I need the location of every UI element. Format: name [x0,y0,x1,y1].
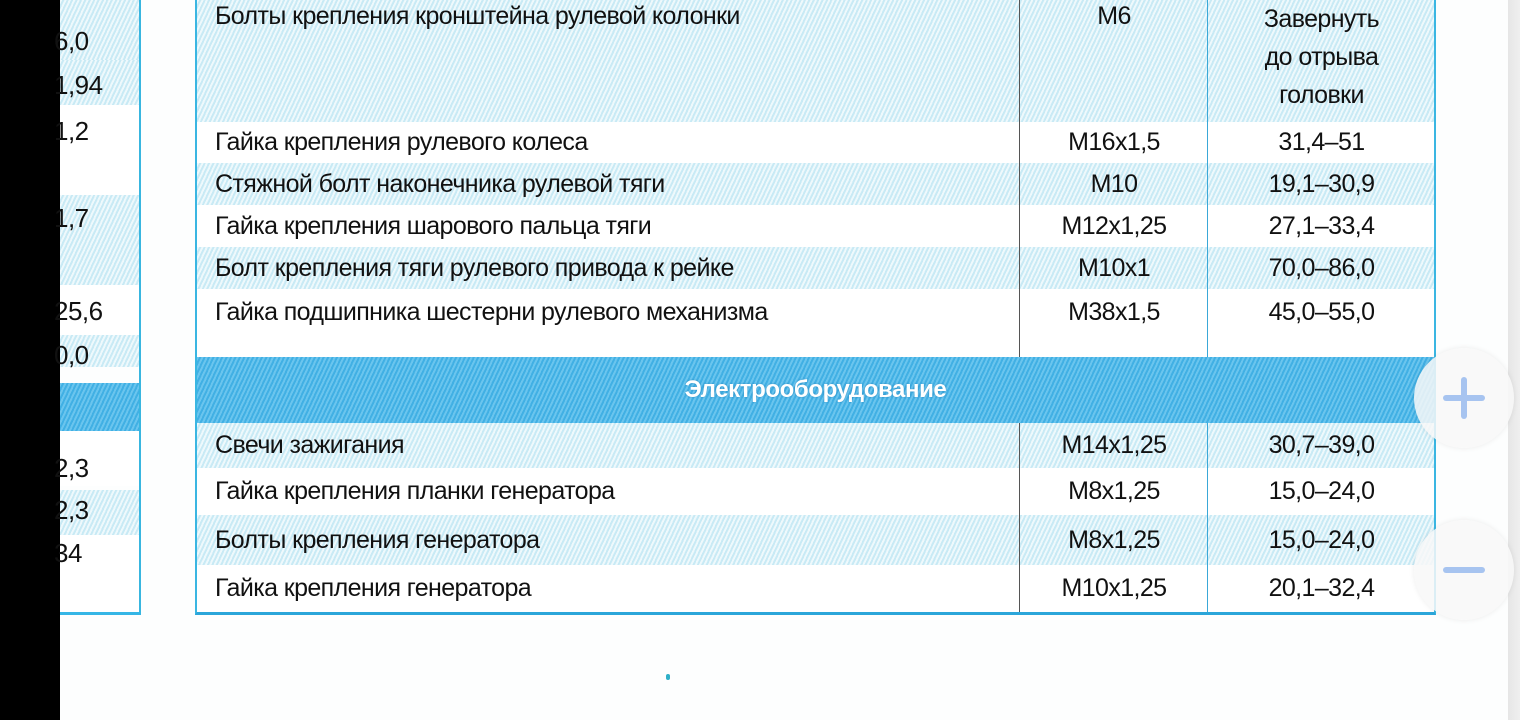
section-header-electrical: Электрооборудование [197,357,1434,423]
table-row: Гайка крепления планки генератора М8х1,2… [197,468,1434,515]
thread-size: М12х1,25 [1019,205,1208,247]
torque-value: 70,0–86,0 [1207,247,1435,289]
zoom-out-button[interactable] [1414,520,1514,620]
left-partial-table: 6,0 1,94 1,2 1,7 25,6 0,0 2,3 2,3 34 [60,0,141,615]
part-name: Свечи зажигания [215,423,1015,468]
torque-table: Болты крепления кронштейна рулевой колон… [195,0,1436,615]
torque-value: 15,0–24,0 [1207,468,1435,515]
table-row: Стяжной болт наконечника рулевой тяги М1… [197,163,1434,205]
table-row: Гайка крепления шарового пальца тяги М12… [197,205,1434,247]
thread-size: М10 [1019,163,1208,205]
part-name: Гайка крепления шарового пальца тяги [215,205,1015,247]
thread-size: М16х1,5 [1019,122,1208,163]
thread-size: М10х1,25 [1019,565,1208,612]
torque-line: головки [1279,76,1364,114]
table-row: Болты крепления генератора М8х1,25 15,0–… [197,515,1434,565]
table-row: Болты крепления кронштейна рулевой колон… [197,0,1434,122]
torque-value: Завернуть до отрыва головки [1207,0,1435,122]
print-speck [666,674,670,680]
part-name: Гайка крепления планки генератора [215,468,1015,515]
black-letterbox [0,0,60,720]
part-name: Стяжной болт наконечника рулевой тяги [215,163,1015,205]
torque-value: 30,7–39,0 [1207,423,1435,468]
torque-value: 27,1–33,4 [1207,205,1435,247]
torque-value: 19,1–30,9 [1207,163,1435,205]
zoom-in-button[interactable] [1414,348,1514,448]
table-row: Гайка крепления генератора М10х1,25 20,1… [197,565,1434,612]
part-name: Гайка подшипника шестерни рулевого механ… [215,289,1015,335]
torque-value: 31,4–51 [1207,122,1435,163]
plus-icon [1443,377,1485,419]
table-row: Болт крепления тяги рулевого привода к р… [197,247,1434,289]
torque-line: до отрыва [1265,38,1379,76]
part-name: Болты крепления кронштейна рулевой колон… [215,0,1015,124]
part-name: Болты крепления генератора [215,515,1015,565]
torque-line: Завернуть [1264,0,1379,38]
scrollbar-edge[interactable] [1508,0,1520,720]
table-row: Свечи зажигания М14х1,25 30,7–39,0 [197,423,1434,468]
part-name: Гайка крепления генератора [215,565,1015,612]
torque-value: 15,0–24,0 [1207,515,1435,565]
thread-size: М10х1 [1019,247,1208,289]
torque-value: 20,1–32,4 [1207,565,1435,612]
thread-size: М6 [1019,0,1208,124]
table-row: Гайка крепления рулевого колеса М16х1,5 … [197,122,1434,163]
torque-value: 45,0–55,0 [1207,289,1435,357]
section-title: Электрооборудование [197,357,1434,423]
part-name: Гайка крепления рулевого колеса [215,122,1015,163]
thread-size: М14х1,25 [1019,423,1208,468]
table-row: Гайка подшипника шестерни рулевого механ… [197,289,1434,357]
minus-icon [1443,567,1485,573]
thread-size: М8х1,25 [1019,468,1208,515]
part-name: Болт крепления тяги рулевого привода к р… [215,247,1015,289]
thread-size: М8х1,25 [1019,515,1208,565]
thread-size: М38х1,5 [1019,289,1208,357]
